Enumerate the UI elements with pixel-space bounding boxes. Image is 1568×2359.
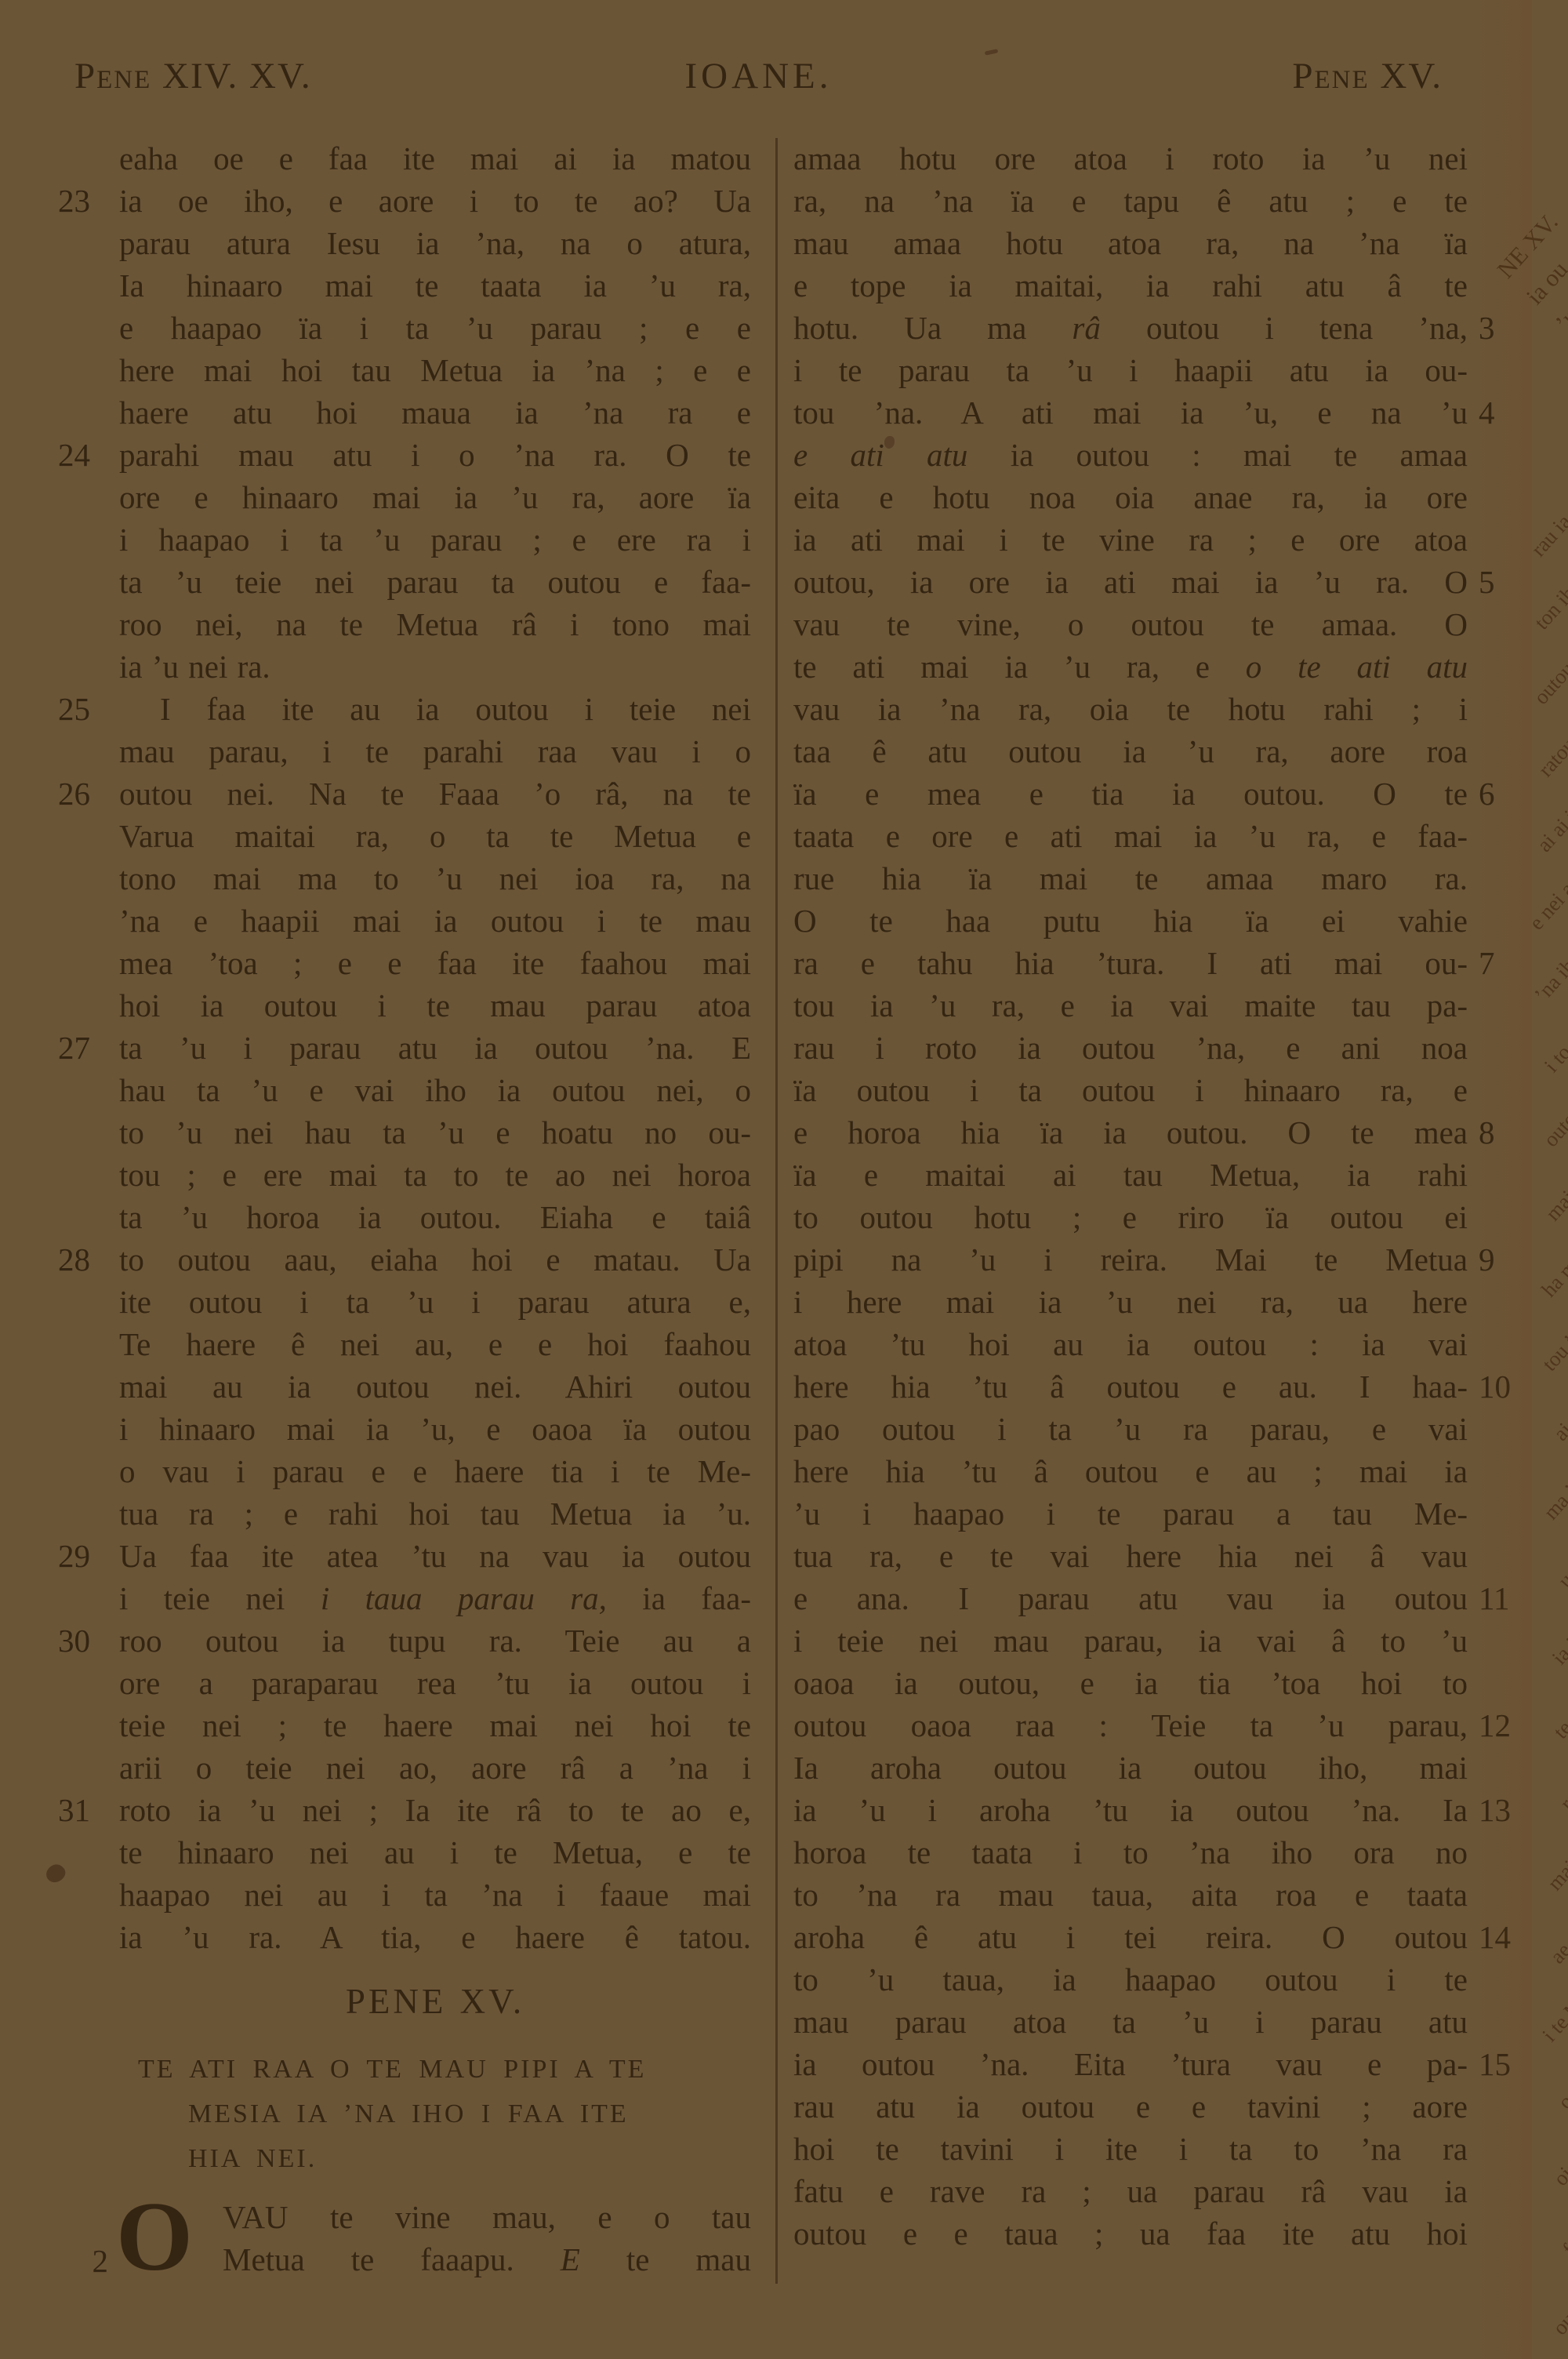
text-line: pao outou i ta ’u ra parau, e vai [793,1408,1468,1451]
text-line: VAU te vine mau, e o tau [223,2197,751,2239]
edge-text-fragment: ma ’u [1539,1472,1568,1525]
text-line: tua ra, e te vai here hia nei â vau [793,1536,1468,1578]
text-line: roto ia ’u nei ; Ia ite râ to te ao e,31 [119,1790,751,1832]
text-line: atoa ’tu hoi au ia outou : ia vai [793,1324,1468,1366]
edge-text-fragment: mai r [1543,1846,1568,1896]
verse-number: 27 [58,1027,108,1068]
text-line: i teie nei mau parau, ia vai â to ’u [793,1620,1468,1663]
text-line: to outou hotu ; e riro ïa outou ei [793,1197,1468,1239]
text-line: mau parau atoa ta ’u i parau atu [793,2001,1468,2044]
text-line: teie nei ; te haere mai nei hoi te [119,1705,751,1747]
text-line: outou oaoa raa : Teie ta ’u parau,12 [793,1705,1468,1747]
text-line: ’na e haapii mai ia outou i te mau [119,900,751,943]
text-line: ia ’u nei ra. [119,646,751,689]
text-line: haere atu hoi maua ia ’na ra e [119,392,751,434]
edge-text-fragment: e nei ao [1524,870,1568,935]
verse-number: 26 [58,773,108,814]
text-line: e tope ia maitai, ia rahi atu â te [793,265,1468,307]
edge-text-fragment: te ra [1548,1700,1568,1744]
text-line: outou nei. Na te Faaa ’o râ, na te26 [119,773,751,816]
text-line: taa ê atu outou ia ’u ra, aore roa [793,731,1468,773]
text-line: te ati mai ia ’u ra, e o te ati atu [793,646,1468,689]
edge-text-fragment: u ia [1553,1553,1568,1592]
text-line: i hinaaro mai ia ’u, e oaoa ïa outou [119,1408,751,1451]
text-line: te hinaaro nei au i te Metua, e te [119,1832,751,1874]
text-line: to ’u taua, ia haapao outou i te [793,1959,1468,2001]
verse-number: 24 [58,434,108,475]
text-line: ïa e maitai ai tau Metua, ia rahi [793,1154,1468,1197]
text-line: eita e hotu noa oia anae ra, ia ore [793,477,1468,519]
text-line: ta ’u i parau atu ia outou ’na. E27 [119,1027,751,1070]
edge-text-fragment: ratou i [1534,725,1568,782]
running-head-right: Pene XV. [1292,55,1443,97]
text-line: vau ia ’na ra, oia te hotu rahi ; i [793,689,1468,731]
chapter-opening: 2OVAU te vine mau, e o tauMetua te faaap… [119,2197,751,2281]
edge-text-fragment: ai ai ia [1532,798,1568,856]
text-line: horoa te taata i to ’na iho ora no [793,1832,1468,1874]
right-column: amaa hotu ore atoa i roto ia ’u neira, n… [793,138,1468,2255]
verse-number: 31 [58,1790,108,1830]
edge-text-fragment: oia i [1548,2147,1568,2191]
text-line: ite outou i ta ’u i parau atura e, [119,1281,751,1324]
text-line: ia oe iho, e aore i to te ao? Ua23 [119,180,751,223]
text-line: here hia ’tu â outou e au. I haa-10 [793,1366,1468,1408]
text-line: roo outou ia tupu ra. Teie au a30 [119,1620,751,1663]
edge-text-fragment: outo [1548,2295,1568,2339]
chapter-heading: PENE XV. [119,1981,751,2028]
text-line: ’u i haapao i te parau a tau Me- [793,1493,1468,1536]
verse-number: 23 [58,180,108,221]
text-line: e horoa hia ïa ia outou. O te mea8 [793,1112,1468,1154]
text-line: ra e tahu hia ’tura. I ati mai ou-7 [793,943,1468,985]
text-line: pipi na ’u i reira. Mai te Metua9 [793,1239,1468,1281]
drop-cap: O [116,2197,193,2278]
text-line: aroha ê atu i tei reira. O outou14 [793,1917,1468,1959]
running-head: Pene XIV. XV. IOANE. Pene XV. [74,55,1497,110]
text-line: i te parau ta ’u i haapii atu ia ou- [793,350,1468,392]
text-line: ia outou ’na. Eita ’tura vau e pa-15 [793,2044,1468,2086]
text-line: Ua faa ite atea ’tu na vau ia outou29 [119,1536,751,1578]
edge-text-fragment: outou [1539,1100,1568,1151]
verse-number: 25 [58,689,108,729]
text-line: hau ta ’u e vai iho ia outou nei, o [119,1070,751,1112]
text-line: oaoa ia outou, e ia tia ’toa hoi to [793,1663,1468,1705]
edge-text-fragment: rau ia o [1526,502,1568,562]
column-rule [775,138,778,2284]
text-line: Ia hinaaro mai te taata ia ’u ra, [119,265,751,307]
text-line: tou ’na. A ati mai ia ’u, e na ’u4 [793,392,1468,434]
edge-text-fragment: ae m [1545,1922,1568,1968]
edge-text-fragment: ai ra [1548,1402,1568,1446]
chapter-subtitle-line: MESIA IA ’NA IHO I FAA ITE [119,2092,751,2136]
text-line: tono mai ma to ’u nei ioa ra, na [119,858,751,900]
edge-text-fragment: tou ’n [1537,1322,1568,1376]
text-line: to outou aau, eiaha hoi e matau. Ua28 [119,1239,751,1281]
text-line: hoi ia outou i te mau parau atoa [119,985,751,1027]
text-line: ta ’u horoa ia outou. Eiaha e taiâ [119,1197,751,1239]
chapter-subtitle: TE ATI RAA O TE MAU PIPI A TEMESIA IA ’N… [119,2047,751,2181]
text-line: ia ati mai i te vine ra ; e ore atoa [793,519,1468,562]
edge-text-fragment: ton iho [1530,574,1568,634]
text-line: mau amaa hotu atoa ra, na ’na ïa [793,223,1468,265]
text-line: to ’u nei hau ta ’u e hoatu no ou- [119,1112,751,1154]
edge-text-fragment: i te M [1537,1993,1568,2047]
text-line: i here mai ia ’u nei ra, ua here [793,1281,1468,1324]
text-line: e haapao ïa i ta ’u parau ; e e [119,307,751,350]
text-line: mau parau, i te parahi raa vau i o [119,731,751,773]
text-line: haapao nei au i ta ’na i faaue mai [119,1874,751,1917]
text-line: tou ; e ere mai ta to te ao nei horoa [119,1154,751,1197]
text-line: i teie nei i taua parau ra, ia faa- [119,1578,751,1620]
next-page-text-fragments: NE XV.ia ou’u i iteoutou tau râ teihaapa… [1435,0,1568,502]
text-line: parau atura Iesu ia ’na, na o atura, [119,223,751,265]
text-line: taata e ore e ati mai ia ’u ra, e faa- [793,816,1468,858]
text-line: hotu. Ua ma râ outou i tena ’na,3 [793,307,1468,350]
text-line: ia ’u i aroha ’tu ia outou ’na. Ia13 [793,1790,1468,1832]
text-line: i haapao i ta ’u parau ; e ere ra i [119,519,751,562]
text-line: O te haa putu hia ïa ei vahie [793,900,1468,943]
verse-number: 30 [58,1620,108,1661]
text-line: rau atu ia outou e e tavini ; aore [793,2086,1468,2128]
text-line: tua ra ; e rahi hoi tau Metua ia ’u. [119,1493,751,1536]
verse-number: 2 [58,2242,108,2280]
book-page: Pene XIV. XV. IOANE. Pene XV. eaha oe e … [0,0,1568,2359]
text-line: e ana. I parau atu vau ia outou11 [793,1578,1468,1620]
text-line: amaa hotu ore atoa i roto ia ’u nei [793,138,1468,180]
chapter-subtitle-line: TE ATI RAA O TE MAU PIPI A TE [119,2047,751,2092]
text-line: here mai hoi tau Metua ia ’na ; e e [119,350,751,392]
text-line: outou e e taua ; ua faa ite atu hoi [793,2213,1468,2255]
edge-text-fragment: mai a [1541,1175,1568,1226]
edge-text-fragment: outou r [1529,648,1568,709]
text-line: ïa e mea e tia ia outou. O te6 [793,773,1468,816]
text-line: arii o teie nei ao, aore râ a ’na i [119,1747,751,1790]
edge-text-fragment: ’na iho [1530,947,1568,1007]
ink-speck [43,1861,68,1887]
chapter-subtitle-line: HIA NEI. [119,2136,751,2181]
text-line: ia ’u ra. A tia, e haere ê tatou. [119,1917,751,1959]
text-line: Metua te faaapu. E te mau [223,2239,751,2281]
text-line: here hia ’tu â outou e au ; mai ia [793,1451,1468,1493]
edge-text-fragment: o te [1553,2074,1568,2114]
text-line: roo nei, na te Metua râ i tono mai [119,604,751,646]
text-line: vau te vine, o outou te amaa. O [793,604,1468,646]
text-line: to ’na ra mau taua, aita roa e taata [793,1874,1468,1917]
text-line: ore e hinaaro mai ia ’u ra, aore ïa [119,477,751,519]
text-line: Ia aroha outou ia outou iho, mai [793,1747,1468,1790]
text-line: ore a paraparau rea ’tu ia outou i [119,1663,751,1705]
verse-number: 29 [58,1536,108,1576]
text-line: hoi te tavini i ite i ta to ’na ra [793,2128,1468,2171]
book-title: IOANE. [74,55,1443,97]
verse-number: 28 [58,1239,108,1280]
text-line: rau i roto ia outou ’na, e ani noa [793,1027,1468,1070]
text-line: outou, ia ore ia ati mai ia ’u ra. O5 [793,562,1468,604]
text-line: Varua maitai ra, o ta te Metua e [119,816,751,858]
text-line: fatu e rave ra ; ua parau râ vau ia [793,2171,1468,2213]
text-line: ïa outou i ta outou i hinaaro ra, e [793,1070,1468,1112]
edge-text-fragment: faa [1558,2226,1568,2261]
text-line: ta ’u teie nei parau ta outou e faa- [119,562,751,604]
edge-text-fragment: i to te [1539,1025,1568,1077]
left-column: eaha oe e faa ite mai ai ia matouia oe i… [119,138,751,2281]
edge-text-fragment: ha ma [1537,1248,1568,1302]
text-line: eaha oe e faa ite mai ai ia matou [119,138,751,180]
next-page-text-fragments: rau ia oton ihooutou rratou iai ai iae n… [1505,502,1568,2359]
text-line: rue hia ïa mai te amaa maro ra. [793,858,1468,900]
edge-text-fragment: ia ’u [1548,1625,1568,1670]
text-line: o vau i parau e e haere tia i te Me- [119,1451,751,1493]
text-line: mea ’toa ; e e faa ite faahou mai [119,943,751,985]
text-line: ra, na ’na ïa e tapu ê atu ; e te [793,180,1468,223]
text-line: mai au ia outou nei. Ahiri outou [119,1366,751,1408]
text-line: e ati atu ia outou : mai te amaa [793,434,1468,477]
text-line: tou ia ’u ra, e ia vai maite tau pa- [793,985,1468,1027]
text-line: Te haere ê nei au, e e hoi faahou [119,1324,751,1366]
edge-text-fragment: ra r [1555,1777,1568,1815]
text-line: parahi mau atu i o ’na ra. O te24 [119,434,751,477]
text-line: I faa ite au ia outou i teie nei25 [119,689,751,731]
